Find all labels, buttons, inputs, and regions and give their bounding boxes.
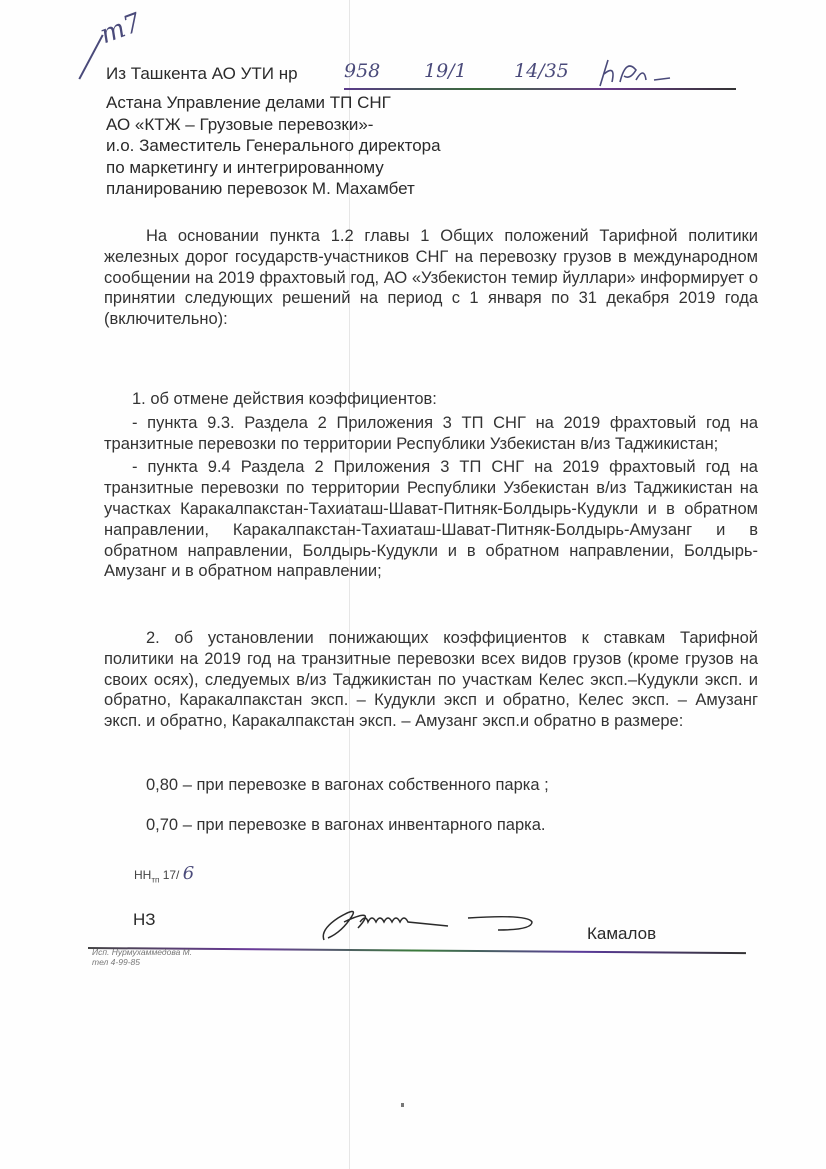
executor-info: Исп. Нурмухаммедова М. тел 4-99-85	[92, 947, 192, 967]
nz-mark: НЗ	[133, 910, 156, 930]
handwritten-ref-digit: 6	[183, 863, 194, 884]
addressee-line: АО «КТЖ – Грузовые перевозки»-	[106, 114, 441, 136]
rate-own-fleet: 0,80 – при перевозке в вагонах собственн…	[146, 776, 549, 795]
addressee-line: планированию перевозок М. Махамбет	[106, 178, 441, 200]
addressee-line: по маркетингу и интегрированному	[106, 157, 441, 179]
item-1-subitem: - пункта 9.3. Раздела 2 Приложения 3 ТП …	[104, 413, 758, 455]
executor-phone: тел 4-99-85	[92, 957, 192, 967]
addressee-block: Астана Управление делами ТП СНГ АО «КТЖ …	[106, 92, 441, 200]
item-1-title: 1. об отмене действия коэффициентов:	[104, 389, 758, 410]
handwritten-initials-icon	[596, 56, 676, 90]
rate-inventory-fleet: 0,70 – при перевозке в вагонах инвентарн…	[146, 816, 545, 835]
sender-line: Из Ташкента АО УТИ нр 958 19/1 14/35	[106, 60, 736, 90]
handwritten-ref-2: 19/1	[424, 60, 467, 82]
handwritten-slash	[78, 34, 103, 79]
intro-paragraph: На основании пункта 1.2 главы 1 Общих по…	[104, 226, 758, 330]
item-1-block: 1. об отмене действия коэффициентов: - п…	[104, 389, 758, 582]
executor-name: Исп. Нурмухаммедова М.	[92, 947, 192, 957]
signature-icon	[318, 900, 558, 944]
addressee-line: Астана Управление делами ТП СНГ	[106, 92, 441, 114]
item-2-paragraph: 2. об установлении понижающих коэффициен…	[104, 628, 758, 732]
handwritten-registration-mark: m7	[96, 8, 145, 50]
addressee-line: и.о. Заместитель Генерального директора	[106, 135, 441, 157]
signer-name: Камалов	[587, 924, 656, 944]
item-1-subitem: - пункта 9.4 Раздела 2 Приложения 3 ТП С…	[104, 457, 758, 582]
reference-code: ННтп 17/ 6	[134, 863, 194, 884]
sender-label: Из Ташкента АО УТИ нр	[106, 64, 298, 84]
handwritten-ref-3: 14/35	[514, 60, 569, 82]
scan-speck	[401, 1103, 404, 1107]
sender-underline	[344, 88, 736, 90]
handwritten-ref-1: 958	[344, 60, 380, 82]
document-page: m7 Из Ташкента АО УТИ нр 958 19/1 14/35 …	[0, 0, 826, 1169]
